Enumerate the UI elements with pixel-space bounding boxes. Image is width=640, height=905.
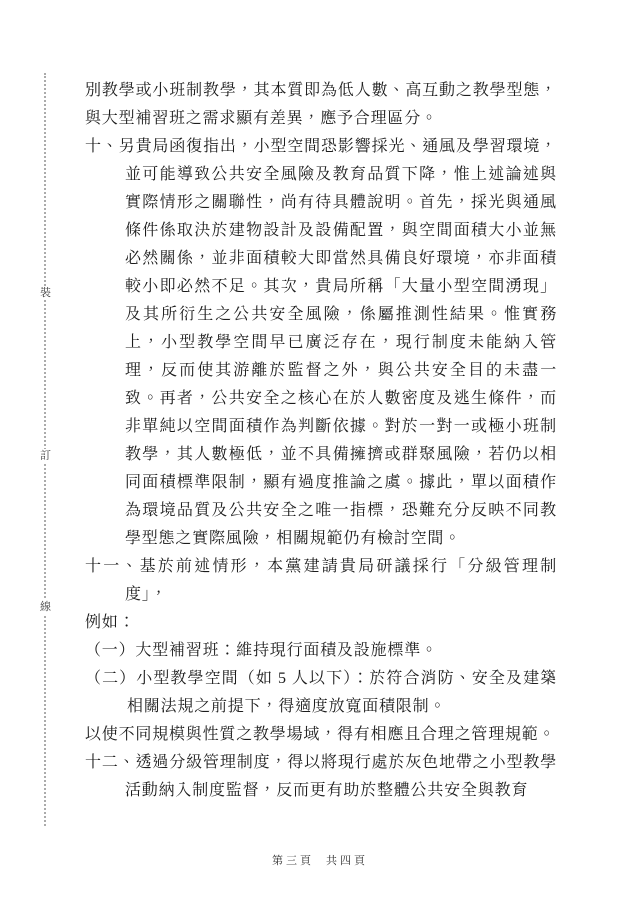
- total-pages-label: 共四頁: [326, 855, 368, 867]
- paragraph-subitem-4: （一）大型補習班：維持現行面積及設施標準。: [85, 637, 557, 665]
- binding-mark-2: 訂: [37, 449, 54, 463]
- page-number-label: 第三頁: [272, 855, 314, 867]
- paragraph-numbered-7: 十二、透過分級管理制度，得以將現行處於灰色地帶之小型教學活動納入制度監督，反而更…: [85, 749, 557, 805]
- paragraph-numbered-1: 十、另貴局函復指出，小型空間恐影響採光、通風及學習環境，並可能導致公共安全風險及…: [85, 133, 557, 553]
- page-footer: 第三頁共四頁: [0, 852, 640, 868]
- binding-mark-3: 線: [37, 600, 54, 614]
- paragraph-numbered-2: 十一、基於前述情形，本黨建請貴局研議採行「分級管理制度」，: [85, 553, 557, 609]
- document-body: 別教學或小班制教學，其本質即為低人數、高互動之教學型態，與大型補習班之需求顯有差…: [85, 77, 557, 805]
- paragraph-subitem-5: （二）小型教學空間（如 5 人以下）：於符合消防、安全及建築相關法規之前提下，得…: [85, 665, 557, 721]
- binding-mark-1: 裝: [37, 286, 54, 300]
- paragraph-note-6: 以使不同規模與性質之教學場域，得有相應且合理之管理規範。: [85, 721, 557, 749]
- paragraph-note-3: 例如：: [85, 609, 557, 637]
- paragraph-continuation-0: 別教學或小班制教學，其本質即為低人數、高互動之教學型態，與大型補習班之需求顯有差…: [85, 77, 557, 133]
- document-page: 裝訂線 別教學或小班制教學，其本質即為低人數、高互動之教學型態，與大型補習班之需…: [0, 0, 640, 905]
